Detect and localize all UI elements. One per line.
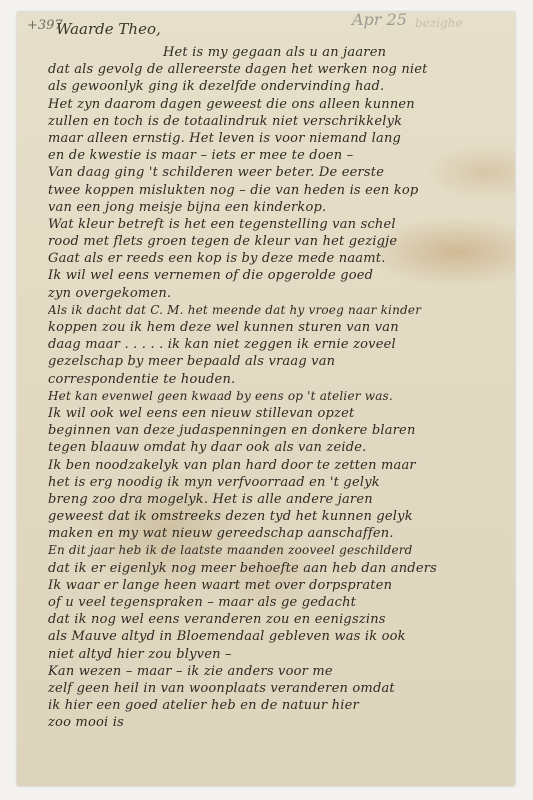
archive-mark: + xyxy=(27,18,38,33)
letter-line: Ik waar er lange heen waart met over dor… xyxy=(48,577,503,594)
letter-line: of u veel tegenspraken – maar als ge ged… xyxy=(48,594,503,611)
date-annotation: Apr 25 xyxy=(352,10,407,29)
faded-header-text: bezighe xyxy=(415,16,462,30)
letter-line: geweest dat ik omstreeks dezen tyd het k… xyxy=(48,508,503,525)
letter-line: zelf geen heil in van woonplaats verande… xyxy=(48,680,503,697)
letter-line: het is erg noodig ik myn verfvoorraad en… xyxy=(48,474,503,491)
letter-line: En dit jaar heb ik de laatste maanden zo… xyxy=(48,542,503,559)
letter-line: Kan wezen – maar – ik zie anders voor me xyxy=(48,663,503,680)
letter-line: twee koppen mislukten nog – die van hede… xyxy=(48,182,503,199)
letter-line: Wat kleur betreft is het een tegenstelli… xyxy=(48,216,503,233)
letter-line: en de kwestie is maar – iets er mee te d… xyxy=(48,147,503,164)
letter-line: van een jong meisje bijna een kinderkop. xyxy=(48,199,503,216)
letter-body: Het is my gegaan als u an jaaren dat als… xyxy=(48,44,503,732)
letter-line: Ik wil ook wel eens een nieuw stillevan … xyxy=(48,405,503,422)
letter-line: Ik ben noodzakelyk van plan hard door te… xyxy=(48,457,503,474)
letter-line: breng zoo dra mogelyk. Het is alle ander… xyxy=(48,491,503,508)
letter-line: rood met flets groen tegen de kleur van … xyxy=(48,233,503,250)
letter-line: dat ik er eigenlyk nog meer behoefte aan… xyxy=(48,560,503,577)
letter-line: Het kan evenwel geen kwaad by eens op 't… xyxy=(48,388,503,405)
letter-line: daag maar . . . . . ik kan niet zeggen i… xyxy=(48,336,503,353)
salutation: Waarde Theo, xyxy=(56,20,161,38)
letter-line: Van daag ging 't schilderen weer beter. … xyxy=(48,164,503,181)
letter-line: Ik wil wel eens vernemen of die opgerold… xyxy=(48,267,503,284)
letter-line: Gaat als er reeds een kop is by deze med… xyxy=(48,250,503,267)
letter-line: zoo mooi is xyxy=(48,714,503,731)
letter-line: zullen en toch is de totaalindruk niet v… xyxy=(48,113,503,130)
letter-line: correspondentie te houden. xyxy=(48,371,503,388)
letter-line: gezelschap by meer bepaald als vraag van xyxy=(48,353,503,370)
letter-line: Het zyn daarom dagen geweest die ons all… xyxy=(48,96,503,113)
letter-line: als gewoonlyk ging ik dezelfde ondervind… xyxy=(48,78,503,95)
letter-line: dat ik nog wel eens veranderen zou en ee… xyxy=(48,611,503,628)
letter-line: ik hier een goed atelier heb en de natuu… xyxy=(48,697,503,714)
letter-line: Het is my gegaan als u an jaaren xyxy=(48,44,503,61)
letter-line: maken en my wat nieuw gereedschap aansch… xyxy=(48,525,503,542)
letter-line: tegen blaauw omdat hy daar ook als van z… xyxy=(48,439,503,456)
letter-line: dat als gevolg de allereerste dagen het … xyxy=(48,61,503,78)
letter-line: Als ik dacht dat C. M. het meende dat hy… xyxy=(48,302,503,319)
letter-line: beginnen van deze judaspenningen en donk… xyxy=(48,422,503,439)
letter-line: koppen zou ik hem deze wel kunnen sturen… xyxy=(48,319,503,336)
letter-line: niet altyd hier zou blyven – xyxy=(48,646,503,663)
letter-line: zyn overgekomen. xyxy=(48,285,503,302)
letter-line: als Mauve altyd in Bloemendaal gebleven … xyxy=(48,628,503,645)
letter-line: maar alleen ernstig. Het leven is voor n… xyxy=(48,130,503,147)
